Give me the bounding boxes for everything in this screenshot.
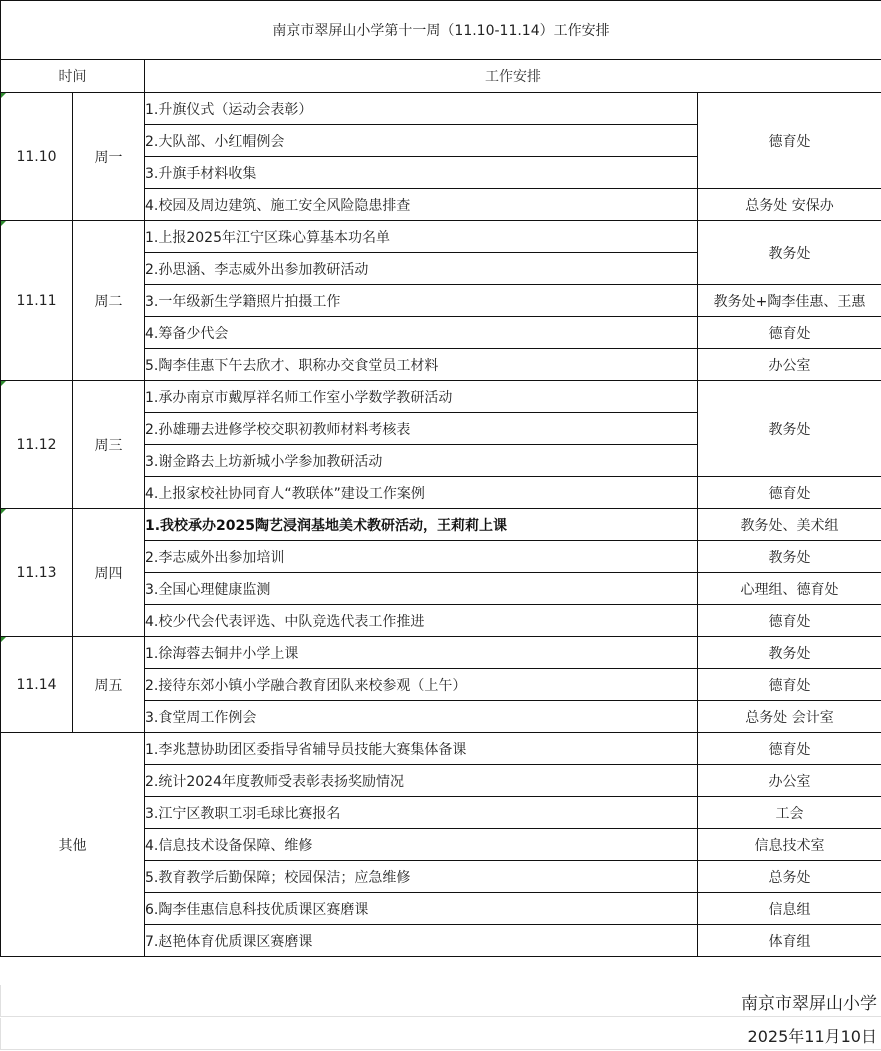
dept-cell[interactable]: 教务处、美术组 (698, 509, 881, 541)
dept-cell[interactable]: 教务处 (698, 221, 881, 285)
dept-cell[interactable]: 心理组、德育处 (698, 573, 881, 605)
dept-cell[interactable]: 德育处 (698, 93, 881, 189)
footer-school: 南京市翠屏山小学 (741, 989, 877, 1014)
table-row: 11.11 周二 1.上报2025年江宁区珠心算基本功名单 教务处 (1, 221, 881, 253)
dept-cell[interactable]: 德育处 (698, 317, 881, 349)
weekday-cell[interactable]: 周五 (73, 637, 145, 733)
other-label-cell[interactable]: 其他 (1, 733, 145, 957)
dept-cell[interactable]: 总务处 会计室 (698, 701, 881, 733)
weekday-cell[interactable]: 周一 (73, 93, 145, 221)
comment-marker-icon (1, 221, 6, 226)
dept-cell[interactable]: 德育处 (698, 477, 881, 509)
task-cell[interactable]: 3.食堂周工作例会 (145, 701, 698, 733)
date-cell[interactable]: 11.13 (1, 509, 73, 637)
task-cell[interactable]: 5.陶李佳惠下午去欣才、职称办交食堂员工材料 (145, 349, 698, 381)
task-cell[interactable]: 1.上报2025年江宁区珠心算基本功名单 (145, 221, 698, 253)
title-row: 南京市翠屏山小学第十一周（11.10-11.14）工作安排 (1, 1, 881, 60)
dept-cell[interactable]: 教务处 (698, 381, 881, 477)
date-cell[interactable]: 11.12 (1, 381, 73, 509)
date-label: 11.13 (16, 565, 56, 581)
table-row: 11.10 周一 1.升旗仪式（运动会表彰） 德育处 (1, 93, 881, 125)
dept-cell[interactable]: 德育处 (698, 605, 881, 637)
table-row: 其他 1.李兆慧协助团区委指导省辅导员技能大赛集体备课 德育处 (1, 733, 881, 765)
task-cell[interactable]: 7.赵艳体育优质课区赛磨课 (145, 925, 698, 957)
task-cell[interactable]: 3.一年级新生学籍照片拍摄工作 (145, 285, 698, 317)
task-cell[interactable]: 1.李兆慧协助团区委指导省辅导员技能大赛集体备课 (145, 733, 698, 765)
dept-cell[interactable]: 信息技术室 (698, 829, 881, 861)
weekday-cell[interactable]: 周四 (73, 509, 145, 637)
task-cell[interactable]: 3.升旗手材料收集 (145, 157, 698, 189)
header-time: 时间 (1, 60, 145, 93)
header-work: 工作安排 (145, 60, 881, 93)
table-row: 11.13 周四 1.我校承办2025陶艺浸润基地美术教研活动，王莉莉上课 教务… (1, 509, 881, 541)
task-cell[interactable]: 5.教育教学后勤保障；校园保洁；应急维修 (145, 861, 698, 893)
task-cell[interactable]: 4.校园及周边建筑、施工安全风险隐患排查 (145, 189, 698, 221)
date-label: 11.11 (16, 293, 56, 309)
task-cell[interactable]: 4.筹备少代会 (145, 317, 698, 349)
dept-cell[interactable]: 信息组 (698, 893, 881, 925)
task-cell[interactable]: 3.全国心理健康监测 (145, 573, 698, 605)
dept-cell[interactable]: 总务处 (698, 861, 881, 893)
weekday-cell[interactable]: 周二 (73, 221, 145, 381)
dept-cell[interactable]: 教务处 (698, 637, 881, 669)
date-cell[interactable]: 11.10 (1, 93, 73, 221)
date-label: 11.10 (16, 149, 56, 165)
task-cell[interactable]: 3.江宁区教职工羽毛球比赛报名 (145, 797, 698, 829)
dept-cell[interactable]: 教务处+陶李佳惠、王惠 (698, 285, 881, 317)
task-cell[interactable]: 4.上报家校社协同育人“教联体”建设工作案例 (145, 477, 698, 509)
task-cell[interactable]: 4.信息技术设备保障、维修 (145, 829, 698, 861)
dept-cell[interactable]: 德育处 (698, 733, 881, 765)
task-cell[interactable]: 1.徐海蓉去铜井小学上课 (145, 637, 698, 669)
task-cell-highlighted[interactable]: 1.我校承办2025陶艺浸润基地美术教研活动，王莉莉上课 (145, 509, 698, 541)
task-cell[interactable]: 2.接待东郊小镇小学融合教育团队来校参观（上午） (145, 669, 698, 701)
weekday-cell[interactable]: 周三 (73, 381, 145, 509)
dept-cell[interactable]: 教务处 (698, 541, 881, 573)
table-row: 11.12 周三 1.承办南京市戴厚祥名师工作室小学数学教研活动 教务处 (1, 381, 881, 413)
date-label: 11.14 (16, 677, 56, 693)
page-title: 南京市翠屏山小学第十一周（11.10-11.14）工作安排 (1, 1, 881, 60)
comment-marker-icon (1, 381, 6, 386)
dept-cell[interactable]: 工会 (698, 797, 881, 829)
footer-date-row[interactable]: 2025年11月10日 (0, 1018, 881, 1050)
dept-cell[interactable]: 德育处 (698, 669, 881, 701)
table-row: 11.14 周五 1.徐海蓉去铜井小学上课 教务处 (1, 637, 881, 669)
footer-school-row[interactable]: 南京市翠屏山小学 (0, 985, 881, 1017)
task-cell[interactable]: 2.孙雄珊去进修学校交职初教师材料考核表 (145, 413, 698, 445)
task-cell[interactable]: 2.孙思涵、李志威外出参加教研活动 (145, 253, 698, 285)
comment-marker-icon (1, 637, 6, 642)
task-cell[interactable]: 3.谢金路去上坊新城小学参加教研活动 (145, 445, 698, 477)
task-cell[interactable]: 1.承办南京市戴厚祥名师工作室小学数学教研活动 (145, 381, 698, 413)
task-cell[interactable]: 2.统计2024年度教师受表彰表扬奖励情况 (145, 765, 698, 797)
task-cell[interactable]: 4.校少代会代表评选、中队竞选代表工作推进 (145, 605, 698, 637)
date-cell[interactable]: 11.11 (1, 221, 73, 381)
task-cell[interactable]: 2.大队部、小红帽例会 (145, 125, 698, 157)
dept-cell[interactable]: 体育组 (698, 925, 881, 957)
footer-date: 2025年11月10日 (748, 1024, 877, 1047)
date-cell[interactable]: 11.14 (1, 637, 73, 733)
task-cell[interactable]: 2.李志威外出参加培训 (145, 541, 698, 573)
dept-cell[interactable]: 办公室 (698, 765, 881, 797)
task-cell[interactable]: 6.陶李佳惠信息科技优质课区赛磨课 (145, 893, 698, 925)
comment-marker-icon (1, 93, 6, 98)
dept-cell[interactable]: 办公室 (698, 349, 881, 381)
date-label: 11.12 (16, 437, 56, 453)
dept-cell[interactable]: 总务处 安保办 (698, 189, 881, 221)
comment-marker-icon (1, 509, 6, 514)
task-cell[interactable]: 1.升旗仪式（运动会表彰） (145, 93, 698, 125)
schedule-table: 南京市翠屏山小学第十一周（11.10-11.14）工作安排 时间 工作安排 11… (0, 0, 881, 957)
header-row: 时间 工作安排 (1, 60, 881, 93)
